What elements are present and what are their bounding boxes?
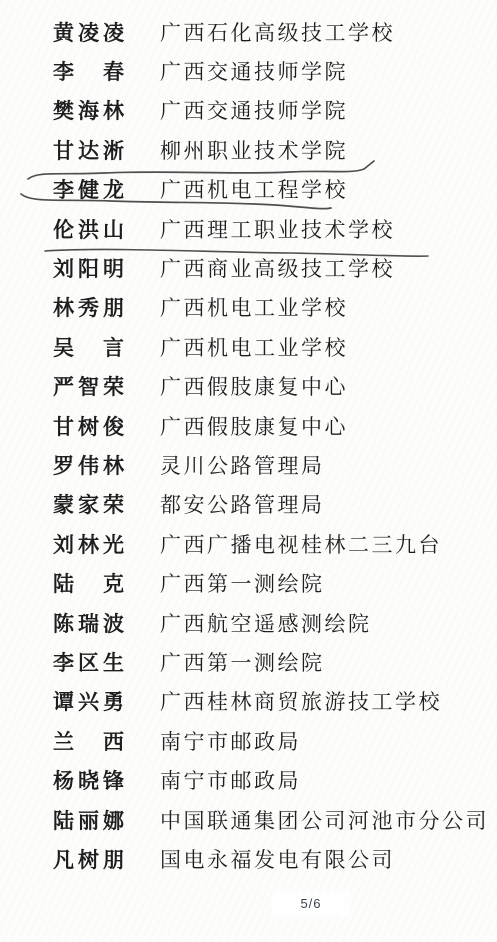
person-name: 陈瑞波 xyxy=(53,608,143,638)
organization-name: 广西机电工业学校 xyxy=(160,332,348,362)
person-name: 甘达淅 xyxy=(53,135,143,165)
organization-name: 都安公路管理局 xyxy=(160,489,325,519)
organization-name: 广西假肢康复中心 xyxy=(160,371,348,401)
page-number: 5/6 xyxy=(272,892,350,916)
organization-name: 广西机电工程学校 xyxy=(160,174,348,204)
roster-row: 林秀朋 广西机电工业学校 xyxy=(0,288,497,327)
name-org-roster: 黄凌凌 广西石化高级技工学校 李 春 广西交通技师学院 樊海林 广西交通技师学院… xyxy=(0,12,497,879)
roster-row: 樊海林 广西交通技师学院 xyxy=(0,91,497,130)
roster-row: 罗伟林 灵川公路管理局 xyxy=(0,445,497,484)
organization-name: 广西交通技师学院 xyxy=(160,56,348,86)
organization-name: 广西广播电视桂林二三九台 xyxy=(160,529,442,559)
roster-row: 吴 言 广西机电工业学校 xyxy=(0,327,497,366)
organization-name: 中国联通集团公司河池市分公司 xyxy=(160,805,489,835)
person-name: 陆 克 xyxy=(53,568,143,598)
roster-row: 谭兴勇 广西桂林商贸旅游技工学校 xyxy=(0,682,497,721)
roster-row: 甘树俊 广西假肢康复中心 xyxy=(0,406,497,445)
organization-name: 广西交通技师学院 xyxy=(160,95,348,125)
person-name: 蒙家荣 xyxy=(53,489,143,519)
roster-row: 李健龙 广西机电工程学校 xyxy=(0,170,497,209)
roster-row: 蒙家荣 都安公路管理局 xyxy=(0,485,497,524)
roster-row: 兰 西 南宁市邮政局 xyxy=(0,721,497,760)
person-name: 林秀朋 xyxy=(53,292,143,322)
organization-name: 广西第一测绘院 xyxy=(160,647,325,677)
organization-name: 广西商业高级技工学校 xyxy=(160,253,395,283)
roster-row: 甘达淅 柳州职业技术学院 xyxy=(0,130,497,169)
roster-row: 陈瑞波 广西航空遥感测绘院 xyxy=(0,603,497,642)
person-name: 严智荣 xyxy=(53,371,143,401)
roster-row: 刘阳明 广西商业高级技工学校 xyxy=(0,248,497,287)
person-name: 陆丽娜 xyxy=(53,805,143,835)
organization-name: 广西桂林商贸旅游技工学校 xyxy=(160,686,442,716)
organization-name: 灵川公路管理局 xyxy=(160,450,325,480)
roster-row: 严智荣 广西假肢康复中心 xyxy=(0,367,497,406)
person-name: 谭兴勇 xyxy=(53,686,143,716)
person-name: 李 春 xyxy=(53,56,143,86)
organization-name: 广西石化高级技工学校 xyxy=(160,17,395,47)
person-name: 甘树俊 xyxy=(53,411,143,441)
roster-row: 李 春 广西交通技师学院 xyxy=(0,51,497,90)
organization-name: 广西假肢康复中心 xyxy=(160,411,348,441)
person-name: 伦洪山 xyxy=(53,214,143,244)
scanned-document-page: 黄凌凌 广西石化高级技工学校 李 春 广西交通技师学院 樊海林 广西交通技师学院… xyxy=(0,0,497,942)
person-name: 黄凌凌 xyxy=(53,17,143,47)
organization-name: 广西航空遥感测绘院 xyxy=(160,608,372,638)
person-name: 杨晓锋 xyxy=(53,765,143,795)
roster-row: 刘林光 广西广播电视桂林二三九台 xyxy=(0,524,497,563)
roster-row: 陆 克 广西第一测绘院 xyxy=(0,563,497,602)
roster-row: 李区生 广西第一测绘院 xyxy=(0,642,497,681)
roster-row: 黄凌凌 广西石化高级技工学校 xyxy=(0,12,497,51)
organization-name: 南宁市邮政局 xyxy=(160,726,301,756)
organization-name: 广西理工职业技术学校 xyxy=(160,214,395,244)
person-name: 兰 西 xyxy=(53,726,143,756)
person-name: 凡树朋 xyxy=(53,844,143,874)
roster-row: 伦洪山 广西理工职业技术学校 xyxy=(0,209,497,248)
organization-name: 广西第一测绘院 xyxy=(160,568,325,598)
person-name: 李区生 xyxy=(53,647,143,677)
person-name: 樊海林 xyxy=(53,95,143,125)
person-name: 刘阳明 xyxy=(53,253,143,283)
roster-row: 杨晓锋 南宁市邮政局 xyxy=(0,760,497,799)
roster-row: 凡树朋 国电永福发电有限公司 xyxy=(0,839,497,878)
person-name: 吴 言 xyxy=(53,332,143,362)
organization-name: 南宁市邮政局 xyxy=(160,765,301,795)
organization-name: 广西机电工业学校 xyxy=(160,292,348,322)
organization-name: 柳州职业技术学院 xyxy=(160,135,348,165)
organization-name: 国电永福发电有限公司 xyxy=(160,844,395,874)
person-name: 李健龙 xyxy=(53,174,143,204)
person-name: 刘林光 xyxy=(53,529,143,559)
roster-row: 陆丽娜 中国联通集团公司河池市分公司 xyxy=(0,800,497,839)
person-name: 罗伟林 xyxy=(53,450,143,480)
